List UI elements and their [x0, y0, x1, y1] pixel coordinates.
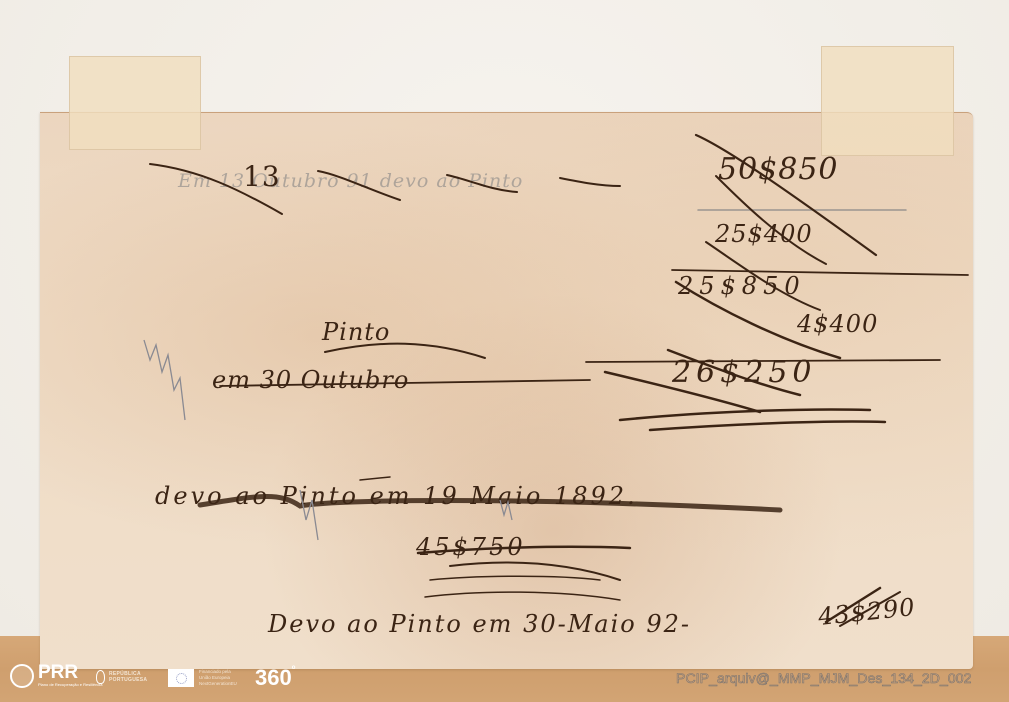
amount-3: 25$850	[678, 272, 806, 300]
degree-mark: o	[292, 665, 296, 671]
prr-logo: PRR Plano de Recuperação e Resiliência	[10, 664, 102, 688]
eu-line-3: NextGenerationEU	[199, 681, 237, 687]
coat-of-arms-icon	[96, 670, 105, 684]
amount-2: 25$400	[715, 220, 813, 248]
amount-4: 4$400	[797, 310, 878, 338]
republica-portuguesa-logo: REPÚBLICA PORTUGUESA	[96, 670, 155, 684]
middle-word: Pinto	[322, 318, 390, 346]
prr-title: PRR	[38, 665, 102, 681]
struck-amount: 45$750	[416, 533, 526, 561]
amount-total: 26$250	[672, 355, 817, 390]
tape-left	[69, 56, 201, 150]
republica-text: REPÚBLICA PORTUGUESA	[109, 671, 155, 683]
brand-360-logo: 360o	[255, 665, 295, 691]
final-line: Devo ao Pinto em 30-Maio 92-	[268, 610, 691, 638]
amount-1: 50$850	[718, 152, 839, 187]
header-ink-number: 13	[243, 160, 281, 193]
eu-funding-logo: Financiado pela União Europeia NextGener…	[168, 669, 237, 687]
document-id-label: PCIP_arquiv@_MMP_MJM_Des_134_2D_002	[676, 670, 972, 686]
header-pencil-text: Em 13 Outubro 91 devo ao Pinto	[178, 170, 523, 192]
brand-360-text: 360	[255, 665, 292, 690]
eu-flag-icon	[168, 669, 194, 687]
prr-subtitle: Plano de Recuperação e Resiliência	[38, 682, 102, 687]
tape-right	[821, 46, 954, 156]
prr-map-icon	[10, 664, 34, 688]
middle-date: em 30 Outubro	[212, 366, 409, 394]
document-card	[40, 112, 973, 669]
struck-line: devo ao Pinto em 19 Maio 1892.	[155, 482, 638, 510]
